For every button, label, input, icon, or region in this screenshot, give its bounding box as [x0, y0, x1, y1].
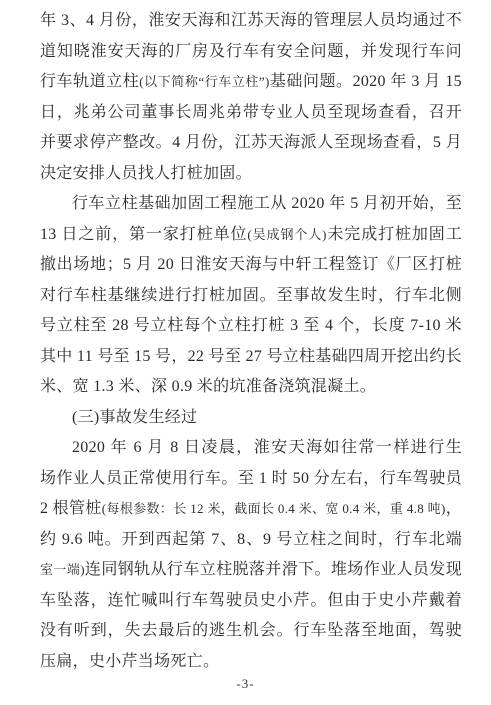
- text-segment: 2020 年 6 月 8 日凌晨，淮安天海如往常一样进行生产，堆: [40, 439, 462, 464]
- text-segment: 2 根管桩: [40, 500, 102, 517]
- text-line: 没有听到，失去最后的逃生机会。行车坠落至地面，驾驶室被: [40, 616, 462, 647]
- text-line: 并要求停产整改。4 月份，江苏天海派人至现场查看，5 月份，: [40, 128, 462, 159]
- text-segment: 行车立柱基础加固工程施工从 2020 年 5 月初开始，至 5 月: [40, 195, 462, 220]
- text-line: (三)事故发生经过: [40, 403, 462, 434]
- text-line: 压扁，史小芹当场死亡。: [40, 647, 462, 678]
- text-segment: 连同钢轨从行车立柱脱落并滑下。堆场作业人员发现行: [40, 561, 462, 586]
- text-segment: 对行车柱基继续进行打桩加固。至事故发生时，行车北侧自 2: [40, 287, 462, 312]
- text-line: 决定安排人员找人打桩加固。: [40, 159, 462, 190]
- text-line: 其中 11 号至 15 号，22 号至 27 号立柱基础四周开挖出约长 1.3: [40, 342, 462, 373]
- document-page: 年 3、4 月份，淮安天海和江苏天海的管理层人员均通过不同渠道知晓淮安天海的厂房…: [0, 0, 491, 705]
- text-segment: 13 日之前，第一家打桩单位: [40, 226, 247, 243]
- document-body: 年 3、4 月份，淮安天海和江苏天海的管理层人员均通过不同渠道知晓淮安天海的厂房…: [40, 6, 462, 677]
- heading-accident-course: (三)事故发生经过: [40, 403, 462, 434]
- text-segment: (三)事故发生经过: [72, 409, 197, 426]
- text-line: 2020 年 6 月 8 日凌晨，淮安天海如往常一样进行生产，堆: [40, 433, 462, 464]
- text-line: 行车立柱基础加固工程施工从 2020 年 5 月初开始，至 5 月: [40, 189, 462, 220]
- parenthetical-note: (吴成钢个人): [247, 227, 326, 242]
- text-line: 2 根管桩(每根参数：长 12 米，截面长 0.4 米、宽 0.4 米，重 4.…: [40, 494, 462, 525]
- text-segment: 年 3、4 月份，淮安天海和江苏天海的管理层人员均通过不同渠: [40, 12, 462, 37]
- text-line: 对行车柱基继续进行打桩加固。至事故发生时，行车北侧自 2: [40, 281, 462, 312]
- parenthetical-note: (以下简称“行车立柱”): [139, 74, 269, 89]
- parenthetical-note: (每根参数：长 12 米，截面长 0.4 米、宽 0.4 米，重 4.8 吨): [102, 501, 446, 516]
- text-segment: 其中 11 号至 15 号，22 号至 27 号立柱基础四周开挖出约长 1.3: [40, 348, 462, 373]
- text-segment: 号立柱至 28 号立柱每个立柱打桩 3 至 4 个，长度 7-10 米不等，: [40, 317, 462, 342]
- text-line: 室一端)连同钢轨从行车立柱脱落并滑下。堆场作业人员发现行: [40, 555, 462, 586]
- text-line: 日，兆弟公司董事长周兆弟带专业人员至现场查看，召开会议，: [40, 98, 462, 129]
- text-line: 米、宽 1.3 米、深 0.9 米的坑准备浇筑混凝土。: [40, 372, 462, 403]
- text-line: 撤出场地；5 月 20 日淮安天海与中轩工程签订《厂区打桩协议》: [40, 250, 462, 281]
- text-segment: 行车轨道立柱: [40, 73, 139, 90]
- text-line: 号立柱至 28 号立柱每个立柱打桩 3 至 4 个，长度 7-10 米不等，: [40, 311, 462, 342]
- text-segment: 米、宽 1.3 米、深 0.9 米的坑准备浇筑混凝土。: [40, 378, 376, 395]
- paragraph-accident-description: 2020 年 6 月 8 日凌晨，淮安天海如往常一样进行生产，堆场作业人员正常使…: [40, 433, 462, 677]
- text-segment: 撤出场地；5 月 20 日淮安天海与中轩工程签订《厂区打桩协议》: [40, 256, 462, 281]
- text-line: 13 日之前，第一家打桩单位(吴成钢个人)未完成打桩加固工作，: [40, 220, 462, 251]
- paragraph-reinforcement-work: 行车立柱基础加固工程施工从 2020 年 5 月初开始，至 5 月13 日之前，…: [40, 189, 462, 403]
- parenthetical-note: 室一端): [40, 562, 85, 577]
- text-segment: 决定安排人员找人打桩加固。: [40, 165, 252, 182]
- paragraph-safety-issues: 年 3、4 月份，淮安天海和江苏天海的管理层人员均通过不同渠道知晓淮安天海的厂房…: [40, 6, 462, 189]
- text-segment: 基础问题。2020 年 3 月 15: [270, 73, 462, 90]
- text-segment: 压扁，史小芹当场死亡。: [40, 653, 219, 670]
- text-segment: 车坠落，连忙喊叫行车驾驶员史小芹。但由于史小芹戴着耳机，: [40, 592, 462, 617]
- text-line: 约 9.6 吨。开到西起第 7、8、9 号立柱之间时，行车北端(驾驶: [40, 525, 462, 556]
- text-segment: 日，兆弟公司董事长周兆弟带专业人员至现场查看，召开会议，: [40, 104, 462, 129]
- text-segment: 并要求停产整改。4 月份，江苏天海派人至现场查看，5 月份，: [40, 134, 462, 159]
- text-line: 行车轨道立柱(以下简称“行车立柱”)基础问题。2020 年 3 月 15: [40, 67, 462, 98]
- text-segment: 场作业人员正常使用行车。至 1 时 50 分左右，行车驾驶员起吊: [40, 470, 462, 495]
- text-line: 道知晓淮安天海的厂房及行车有安全问题，并发现行车问题是: [40, 37, 462, 68]
- page-number: -3-: [0, 676, 491, 692]
- text-segment: 没有听到，失去最后的逃生机会。行车坠落至地面，驾驶室被: [40, 622, 462, 647]
- text-line: 场作业人员正常使用行车。至 1 时 50 分左右，行车驾驶员起吊: [40, 464, 462, 495]
- text-line: 年 3、4 月份，淮安天海和江苏天海的管理层人员均通过不同渠: [40, 6, 462, 37]
- text-segment: ，: [446, 500, 462, 517]
- text-line: 车坠落，连忙喊叫行车驾驶员史小芹。但由于史小芹戴着耳机，: [40, 586, 462, 617]
- text-segment: 道知晓淮安天海的厂房及行车有安全问题，并发现行车问题是: [40, 43, 462, 68]
- text-segment: 约 9.6 吨。开到西起第 7、8、9 号立柱之间时，行车北端: [40, 531, 462, 548]
